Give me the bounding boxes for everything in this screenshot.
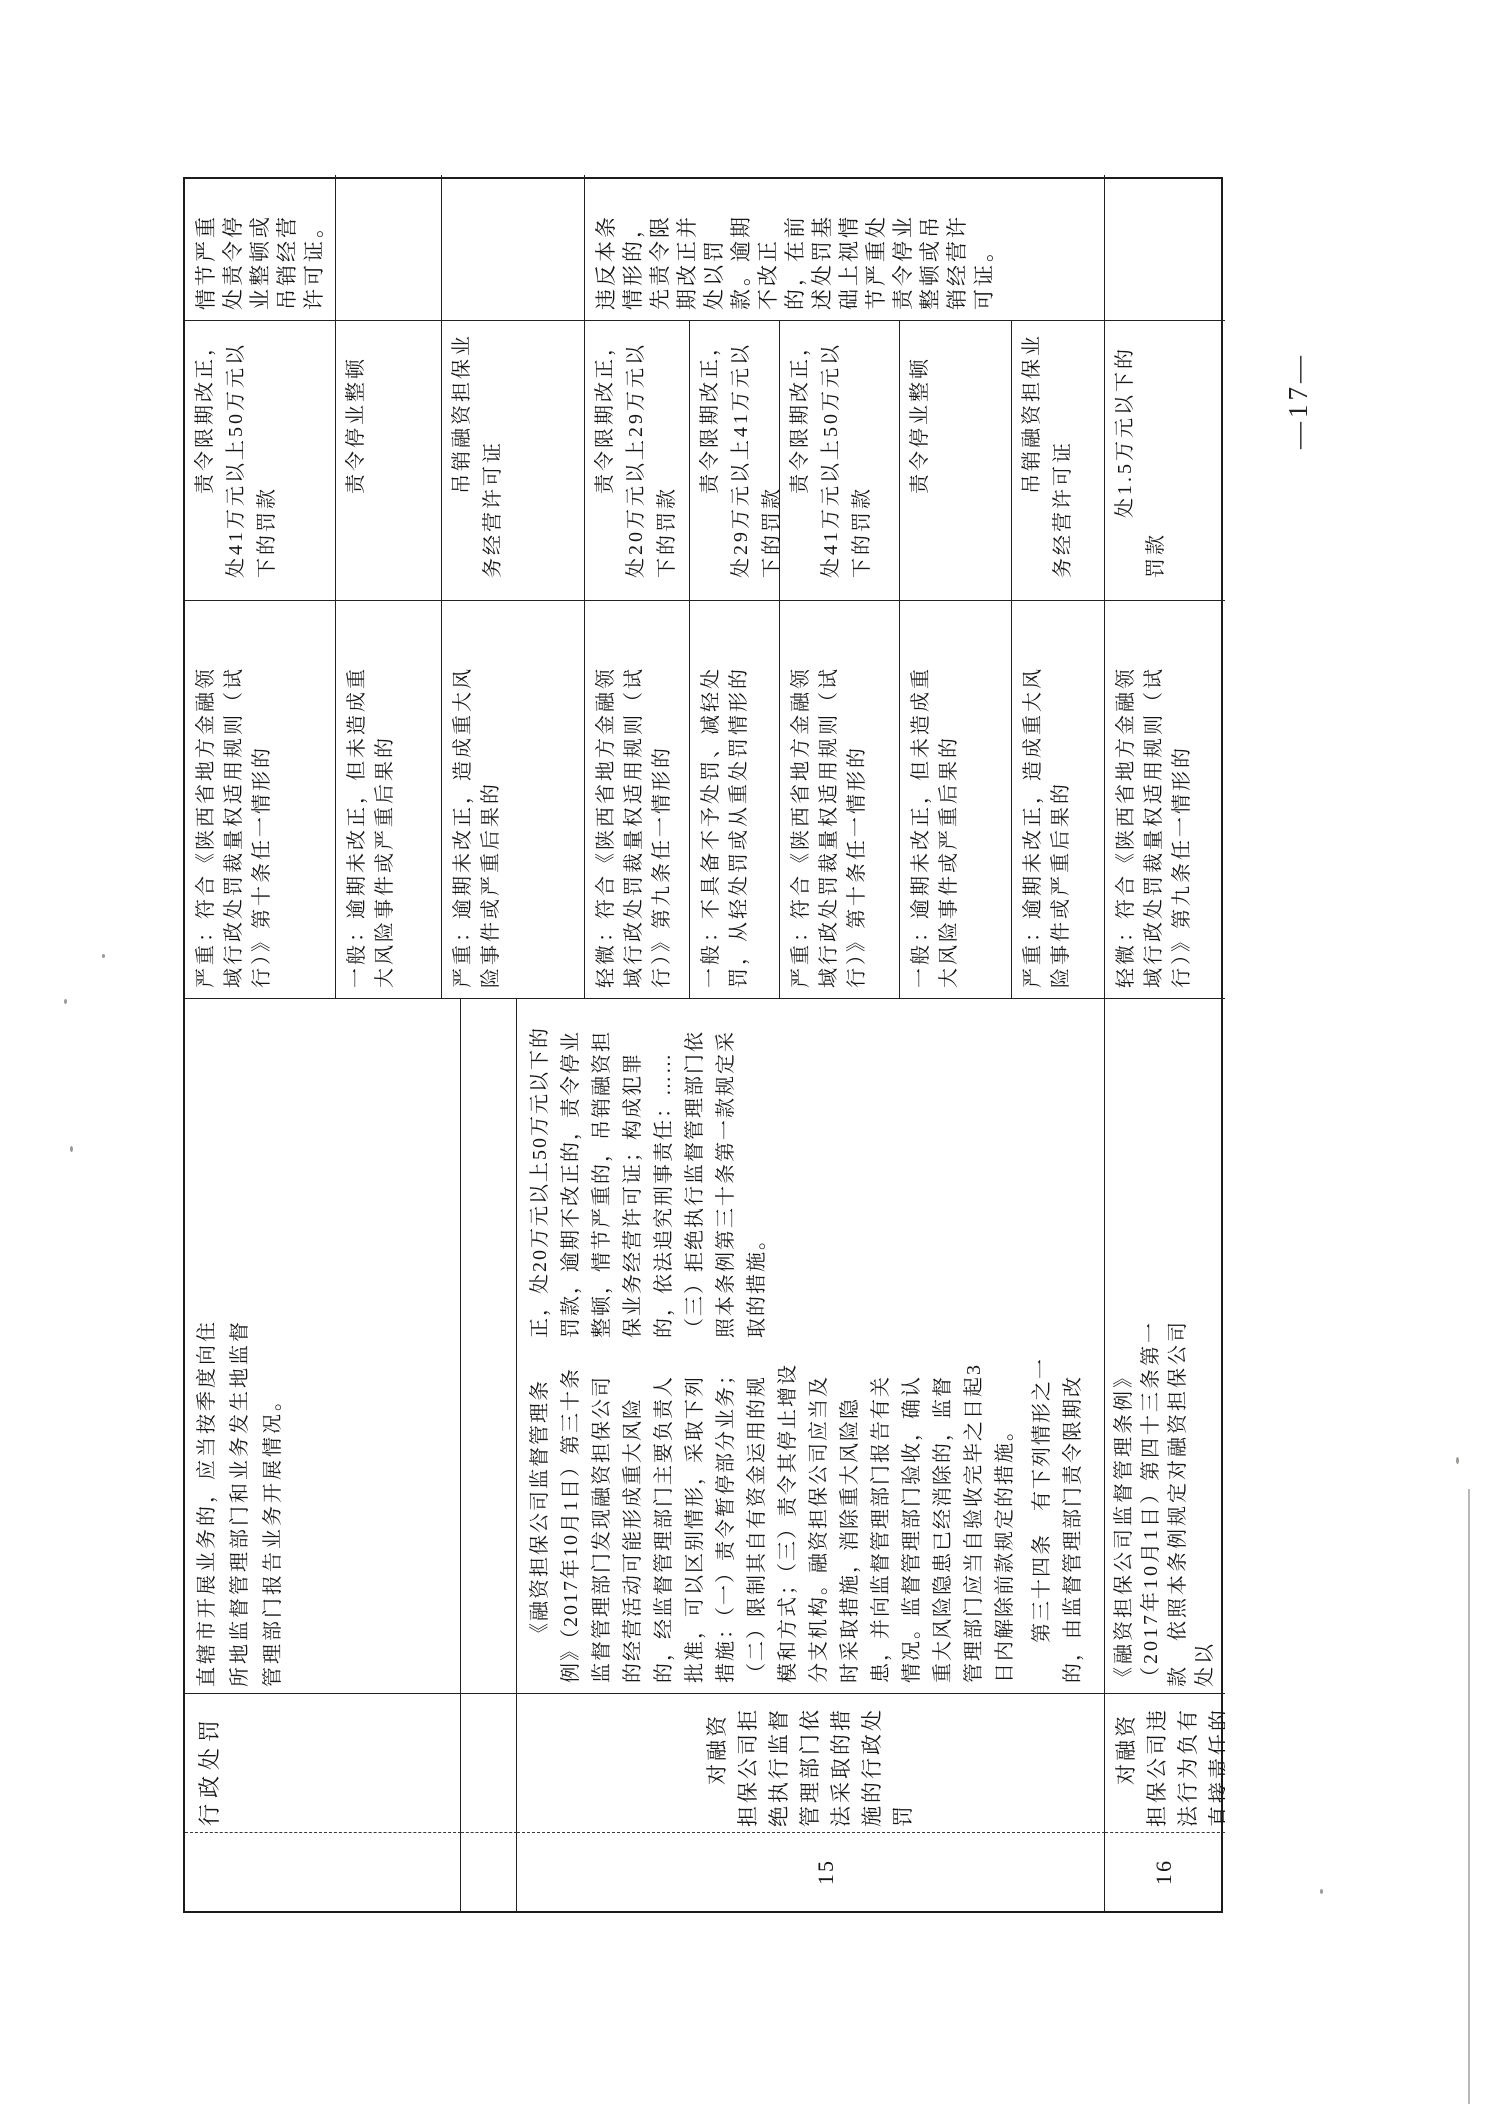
cell-basis-16: 《融资担保公司监督管理条例》（2017年10月1日）第四十三条第一款 依照本条例… [1105,998,1225,1693]
penalty-type-label: 行政处罚 [185,1694,232,1832]
scanned-page: 行政处罚 直辖市开展业务的，应当按季度向住所地监督管理部门和业务发生地监督管理部… [0,0,1488,2104]
cell-penalty-15-g4: 责令停业整顿 [900,320,1012,600]
cell-penalty-15-g1: 责令限期改正，处20万元以上29万元以下的罚款 [585,320,690,600]
cell-note-15: 违反本条情形的，先责令限期改正并处以罚款。逾期不改正的，在前述处罚基础上视情节严… [585,175,1105,320]
basis-16-text: 《融资担保公司监督管理条例》（2017年10月1日）第四十三条第一款 依照本条例… [1105,1309,1225,1693]
rotated-landscape-page: 行政处罚 直辖市开展业务的，应当按季度向住所地监督管理部门和业务发生地监督管理部… [0,0,1488,2104]
penalty-text: 责令停业整顿 [900,321,941,600]
cell-situation-15-g5: 严重：逾期未改正，造成重大风险事件或严重后果的 [1012,600,1105,998]
matter-text-16: 对融资担保公司违法行为负有直接责任的 [1111,1699,1225,1827]
cell-situation-15-g4: 一般：逾期未改正，但未造成重大风险事件或严重后果的 [900,600,1012,998]
scan-speck [64,999,67,1004]
basis-continuation-text: 直辖市开展业务的，应当按季度向住所地监督管理部门和业务发生地监督管理部门报告业务… [185,1309,296,1693]
cell-spacer-seq [461,1832,517,1911]
penalty-text: 责令限期改正，处41万元以上50万元以下的罚款 [780,321,883,600]
situation-text: 严重：符合《陕西省地方金融领域行政处罚裁量权适用规则（试行）》第十条任一情形的 [780,648,878,998]
cell-penalty-cont-g2: 责令停业整顿 [336,320,442,600]
cell-note-cont: 情节严重处责令停业整顿或吊销经营许可证。 [185,175,336,320]
cell-situation-cont-g3: 严重：逾期未改正，造成重大风险事件或严重后果的 [442,600,585,998]
note-text-15: 违反本条情形的，先责令限期改正并处以罚款。逾期不改正的，在前述处罚基础上视情节严… [593,206,998,310]
cell-penalty-cont-g1: 责令限期改正，处41万元以上50万元以下的罚款 [185,320,336,600]
page-number: —17— [1283,352,1314,449]
cell-spacer-matter [461,1693,517,1832]
cell-seq-15: 15 [517,1832,1105,1911]
situation-text: 严重：逾期未改正，造成重大风险事件或严重后果的 [442,648,512,998]
penalty-text: 责令限期改正，处41万元以上50万元以下的罚款 [185,321,288,600]
situation-text: 严重：逾期未改正，造成重大风险事件或严重后果的 [1012,648,1082,998]
cell-note-cont-g2 [336,175,442,320]
penalty-text: 责令限期改正，处20万元以上29万元以下的罚款 [585,321,688,600]
cell-seq-cont [185,1832,461,1911]
penalty-text: 处1.5万元以下的罚款 [1105,321,1177,600]
cell-penalty-type-cont: 行政处罚 [185,1693,461,1832]
cell-situation-15-g2: 一般：不具备不予处罚、减轻处罚，从轻处罚或从重处罚情形的 [690,600,780,998]
penalty-discretion-table: 行政处罚 直辖市开展业务的，应当按季度向住所地监督管理部门和业务发生地监督管理部… [183,177,1223,1913]
cell-situation-cont-g1: 严重：符合《陕西省地方金融领域行政处罚裁量权适用规则（试行）》第十条任一情形的 [185,600,336,998]
penalty-text: 责令限期改正，处29万元以上41万元以下的罚款 [690,321,780,600]
row-number-16: 16 [1151,1833,1177,1911]
cell-penalty-cont-g3: 吊销融资担保业务经营许可证 [442,320,585,600]
cell-note-16 [1105,175,1225,320]
penalty-text: 吊销融资担保业务经营许可证 [442,321,514,600]
cell-basis-cont: 直辖市开展业务的，应当按季度向住所地监督管理部门和业务发生地监督管理部门报告业务… [185,998,461,1693]
cell-note-cont-g3 [442,175,585,320]
cell-situation-16-g1: 轻微：符合《陕西省地方金融领域行政处罚裁量权适用规则（试行）》第九条任一情形的 [1105,600,1225,998]
situation-text: 一般：逾期未改正，但未造成重大风险事件或严重后果的 [336,648,406,998]
cell-situation-15-g3: 严重：符合《陕西省地方金融领域行政处罚裁量权适用规则（试行）》第十条任一情形的 [780,600,900,998]
cell-basis-15: 《融资担保公司监督管理条例》（2017年10月1日）第三十条 监督管理部门发现融… [517,998,1105,1693]
penalty-text: 吊销融资担保业务经营许可证 [1012,321,1084,600]
cell-penalty-16-g1: 处1.5万元以下的罚款 [1105,320,1225,600]
row-number-15: 15 [813,1833,839,1911]
cell-situation-15-g1: 轻微：符合《陕西省地方金融领域行政处罚裁量权适用规则（试行）》第九条任一情形的 [585,600,690,998]
scan-speck [70,1146,73,1152]
situation-text: 一般：逾期未改正，但未造成重大风险事件或严重后果的 [900,648,970,998]
cell-penalty-15-g2: 责令限期改正，处29万元以上41万元以下的罚款 [690,320,780,600]
scan-speck [102,954,105,958]
situation-text: 轻微：符合《陕西省地方金融领域行政处罚裁量权适用规则（试行）》第九条任一情形的 [585,648,683,998]
matter-text-15: 对融资担保公司拒绝执行监督管理部门依法采取的措施的行政处罚 [702,1699,919,1827]
note-text-cont: 情节严重处责令停业整顿或吊销经营许可证。 [193,206,328,310]
cell-seq-16: 16 [1105,1832,1225,1911]
scan-speck [1320,1889,1323,1894]
basis-15-article30: 《融资担保公司监督管理条例》（2017年10月1日）第三十条 监督管理部门发现融… [525,1354,1021,1683]
cell-situation-cont-g2: 一般：逾期未改正，但未造成重大风险事件或严重后果的 [336,600,442,998]
paper-fold-shadow [1468,1489,1470,2104]
scan-speck [1456,1457,1459,1464]
cell-spacer-basis [461,998,517,1693]
cell-penalty-15-g5: 吊销融资担保业务经营许可证 [1012,320,1105,600]
cell-penalty-15-g3: 责令限期改正，处41万元以上50万元以下的罚款 [780,320,900,600]
penalty-text: 责令停业整顿 [336,321,377,600]
situation-text: 严重：符合《陕西省地方金融领域行政处罚裁量权适用规则（试行）》第十条任一情形的 [185,648,283,998]
cell-matter-16: 对融资担保公司违法行为负有直接责任的 [1105,1693,1225,1832]
situation-text: 一般：不具备不予处罚、减轻处罚，从轻处罚或从重处罚情形的 [690,648,760,998]
cell-matter-15: 对融资担保公司拒绝执行监督管理部门依法采取的措施的行政处罚 [517,1693,1105,1832]
situation-text: 轻微：符合《陕西省地方金融领域行政处罚裁量权适用规则（试行）》第九条任一情形的 [1105,648,1203,998]
